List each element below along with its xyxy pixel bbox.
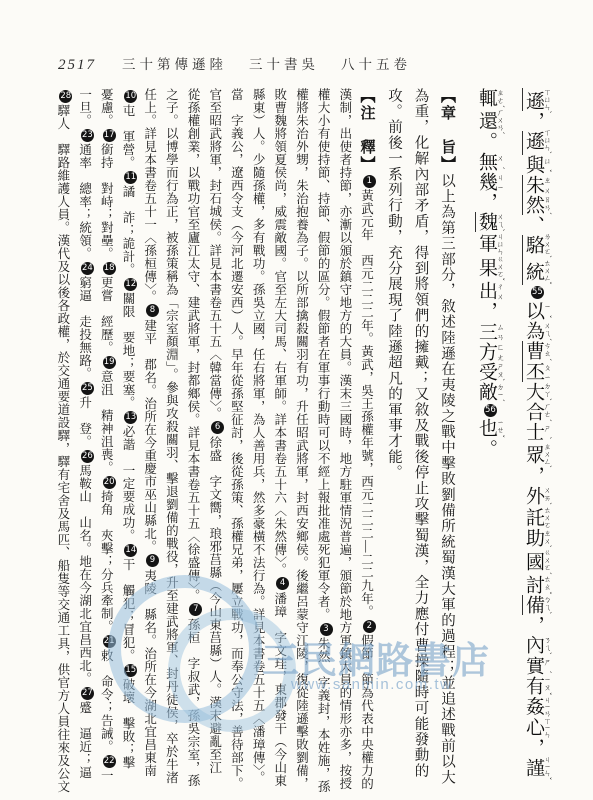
main-char: ，: [523, 615, 544, 635]
main-char: 大ㄉㄚˋ: [523, 382, 544, 402]
main-char: 果ㄍㄨㄛˇ: [476, 255, 497, 281]
note-number-badge: 14: [124, 544, 137, 557]
note-number-badge: 11: [124, 171, 137, 184]
note-number-badge: 18: [103, 262, 116, 275]
main-char: 。: [476, 131, 497, 151]
note-number-badge: 8: [146, 304, 159, 317]
main-char: 國ㄍㄨㄛˊ: [523, 549, 544, 575]
note-number-badge: 56: [484, 404, 497, 417]
note-number-badge: 7: [189, 603, 202, 616]
main-char: 託ㄊㄨㄛ: [523, 506, 544, 528]
zhushi-section-label: 【注 釋】: [359, 88, 375, 173]
main-text-column: 輒ㄓㄜˊ還ㄏㄨㄢˊ。無ㄨˊ幾ㄐㄧ，魏ㄨㄟˋ軍ㄐㄩㄣ果ㄍㄨㄛˇ出ㄔㄨ，三ㄙㄢ方ㄈㄤ…: [463, 88, 510, 794]
vertical-text-body: 遜ㄒㄩㄣˋ，遜ㄒㄩㄣˋ與ㄩˇ朱ㄓㄨ然ㄖㄢˊ、駱ㄌㄨㄛˋ統ㄊㄨㄥˇ55以ㄧˇ為ㄨㄟ…: [51, 88, 557, 794]
main-char: 遜ㄒㄩㄣˋ: [522, 88, 544, 111]
main-char: 幾ㄐㄧ: [476, 172, 497, 192]
main-char: 與ㄩˇ: [523, 155, 544, 175]
chapter-title: 三十第傳遜陸: [122, 53, 227, 73]
book-title: 三十書吳: [249, 53, 319, 73]
main-char: 駱ㄌㄨㄛˋ: [522, 235, 544, 258]
note-number-badge: 2: [363, 620, 376, 633]
main-char: 三ㄙㄢ: [476, 322, 497, 342]
note-number-badge: 13: [124, 411, 137, 424]
main-char: 曹ㄘㄠˊ: [522, 341, 544, 361]
main-char: ，: [476, 301, 497, 321]
zhangzhi-column: 【章 旨】以上為第三部分，敘述陸遜在夷陵之戰中擊敗劉備所統蜀漢大軍的過程；並追述…: [434, 88, 461, 794]
note-number-badge: 25: [81, 382, 94, 395]
main-char: 眾ㄓㄨㄥˋ: [523, 442, 544, 465]
main-char: ，: [476, 192, 497, 212]
note-number-badge: 4: [276, 577, 289, 590]
note-number-badge: 19: [103, 356, 116, 369]
main-char: 姦ㄐㄧㄢ: [523, 696, 544, 717]
note-number-badge: 15: [124, 664, 137, 677]
main-char: 遜ㄒㄩㄣˋ: [522, 131, 544, 154]
zhangzhi-column: 攻。前後一系列行動，充分展現了陸遜超凡的軍事才能。: [381, 88, 408, 794]
note-number-badge: 26: [81, 450, 94, 463]
main-char: 內ㄋㄟˋ: [523, 635, 544, 655]
note-number-badge: 12: [124, 278, 137, 291]
note-number-badge: 23: [81, 129, 94, 142]
main-char: 受ㄕㄡˋ: [476, 362, 497, 382]
main-char: 敵ㄉㄧˊ: [476, 382, 497, 402]
zhushi-column: 任上。詳見本書卷五十一〈孫桓傳〉。8建平 郡名。治所在今重慶市巫山縣北。9夷陵 …: [138, 88, 160, 794]
note-number-badge: 55: [531, 286, 544, 299]
zhushi-column: 從孫權創業，以戰功官至廬江太守、建武將軍，封都鄉侯。詳見本書卷五十五〈徐盛傳〉。…: [181, 88, 203, 794]
main-char: 輒ㄓㄜˊ: [476, 88, 497, 108]
zhangzhi-column: 為重，化解內部矛盾，得到將領們的擁戴；又敘及戰後停止攻擊蜀漢，全力應付曹操隨時可…: [407, 88, 434, 794]
main-char: 也ㄧㄝˇ: [476, 418, 497, 438]
zhushi-column: 10屯 軍營。11譎 詐；詭計。12關限 要地；要塞。13必諧 一定要成功。14…: [116, 88, 138, 794]
main-char: 有ㄧㄡˇ: [523, 676, 544, 696]
main-char: 備ㄅㄟˋ: [522, 595, 544, 615]
zhushi-column: 權大小有使持節、持節、假節的區分。假節者在軍事行動時可以不經上報批准處死犯軍令者…: [311, 88, 333, 794]
main-char: 心ㄒㄧㄣ: [523, 717, 544, 738]
main-char: 。: [476, 439, 497, 459]
note-number-badge: 6: [211, 421, 224, 434]
zhushi-column: 【注 釋】1黃武元年 西元二二二年。黃武，吳王孫權年號，西元二二二—二二九年。2…: [355, 88, 377, 794]
zhangzhi-section-label: 【章 旨】: [439, 88, 455, 173]
main-text-column: 遜ㄒㄩㄣˋ，遜ㄒㄩㄣˋ與ㄩˇ朱ㄓㄨ然ㄖㄢˊ、駱ㄌㄨㄛˋ統ㄊㄨㄥˇ55以ㄧˇ為ㄨㄟ…: [510, 88, 557, 794]
page-number: 2517: [58, 57, 96, 74]
note-number-badge: 20: [103, 476, 116, 489]
note-number-badge: 21: [103, 635, 116, 648]
zhushi-column: 縣東）人。少隨孫權，多有戰功。孫吳立國，任右將軍，為人善用兵，然多豪橫不法行為。…: [246, 88, 268, 794]
note-number-badge: 27: [81, 687, 94, 700]
note-number-badge: 22: [103, 755, 116, 768]
main-char: 還ㄏㄨㄢˊ: [476, 108, 497, 131]
main-char: 以ㄧˇ: [523, 301, 544, 321]
volume-title: 八十五卷: [341, 53, 411, 73]
zhushi-column: 之子。以博學而行為正，被孫策稱為「宗室顏淵」。參與攻殺關羽、擊退劉備的戰役，升至…: [160, 88, 182, 794]
note-number-badge: 9: [146, 554, 159, 567]
zhushi-column: 一旦。23通率 總率；統領。24窮逼 走投無路。25升 登。26馬鞍山 山名。地…: [73, 88, 95, 794]
zhushi-column: 漢制，出使者持節，亦漸以頒於鎮守地方的大員。漢末三國時，地方駐軍情況普遍，頒節於…: [333, 88, 355, 794]
main-char: 魏ㄨㄟˋ: [475, 212, 497, 232]
main-char: 助ㄓㄨˋ: [523, 528, 544, 548]
main-char: 士ㄕˋ: [523, 422, 544, 442]
note-number-badge: 28: [59, 90, 72, 103]
main-char: 為ㄨㄟˊ: [523, 321, 544, 341]
zhushi-column: 當 字義公，遼西令支（今河北遷安西）人。早年從孫堅征討，後從孫策、孫權兄弟，屢立…: [225, 88, 247, 794]
zhushi-column: 敗曹魏將領夏侯尚，威震敵國。官至左大司馬、右軍師。詳本書卷五十六〈朱然傳〉。4潘…: [268, 88, 290, 794]
main-char: 合ㄏㄜˊ: [523, 402, 544, 422]
book-page: 2517 三十第傳遜陸 三十書吳 八十五卷 遜ㄒㄩㄣˋ，遜ㄒㄩㄣˋ與ㄩˇ朱ㄓㄨ然…: [0, 0, 593, 800]
zhushi-column: 權將朱治外甥，朱治抱養為子。以所部擒殺關羽有功，升任昭武將軍，封西安鄉侯。後繼呂…: [290, 88, 312, 794]
main-char: 軍ㄐㄩㄣ: [476, 232, 497, 254]
main-char: 朱ㄓㄨ: [522, 175, 544, 195]
zhushi-column: 憂慮。17銜持 對峙；對壘。18更嘗 經歷。19意沮 精神沮喪。20掎角 夾擊；…: [95, 88, 117, 794]
main-char: 然ㄖㄢˊ: [522, 195, 544, 215]
zhushi-column: 官至昭武將軍，封石城侯。詳見本書卷五十五〈韓當傳〉。6徐盛 字文嚮，琅邪莒縣（今…: [203, 88, 225, 794]
main-char: 統ㄊㄨㄥˇ: [522, 259, 544, 285]
main-char: 丕ㄆㄧ: [522, 362, 544, 382]
zhushi-column: 28驛人 驛路維護人員。漢代及以後各政權，於交通要道設驛，驛有宅舍及馬匹、船隻等…: [51, 88, 73, 794]
main-char: 討ㄊㄠˇ: [523, 575, 544, 595]
note-number-badge: 17: [103, 129, 116, 142]
note-number-badge: 24: [81, 262, 94, 275]
main-char: ，: [523, 466, 544, 486]
note-number-badge: 3: [320, 623, 333, 636]
main-char: 出ㄔㄨ: [476, 281, 497, 301]
note-number-badge: 10: [124, 90, 137, 103]
main-char: 外ㄨㄞˋ: [523, 486, 544, 506]
main-char: 方ㄈㄤ: [476, 342, 497, 362]
main-char: 謹ㄐㄧㄣˇ: [523, 758, 544, 780]
main-char: 無ㄨˊ: [476, 152, 497, 172]
column-gap: [377, 88, 381, 794]
main-char: 實ㄕˊ: [523, 656, 544, 676]
note-number-badge: 1: [363, 175, 376, 188]
running-head: 2517 三十第傳遜陸 三十書吳 八十五卷: [58, 53, 433, 74]
